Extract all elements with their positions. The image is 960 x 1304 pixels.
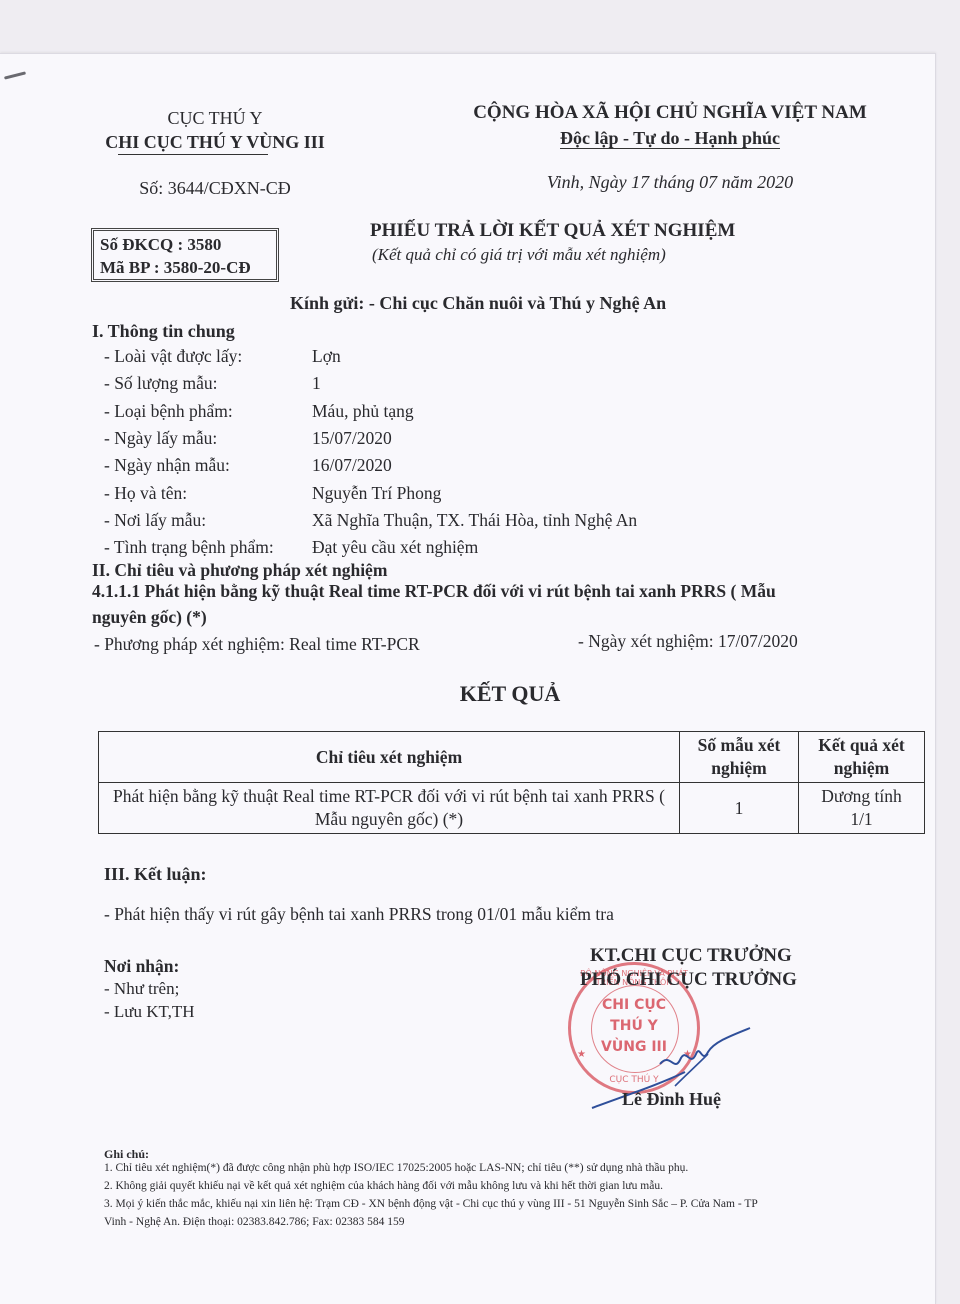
info-value: Lợn — [312, 346, 341, 366]
info-label: - Loại bệnh phẩm: — [104, 401, 312, 422]
cell-result: Dương tính 1/1 — [799, 783, 925, 834]
info-row: - Họ và tên:Nguyễn Trí Phong — [104, 483, 441, 504]
info-row: - Loài vật được lấy:Lợn — [104, 346, 341, 367]
info-value: 15/07/2020 — [312, 428, 392, 448]
results-header-row: Chỉ tiêu xét nghiệm Số mẫu xét nghiệm Kế… — [99, 732, 925, 783]
results-table: Chỉ tiêu xét nghiệm Số mẫu xét nghiệm Kế… — [98, 731, 925, 834]
info-row: - Tình trạng bệnh phẩm:Đạt yêu cầu xét n… — [104, 537, 478, 558]
document-number: Số: 3644/CĐXN-CĐ — [85, 178, 345, 199]
info-label: - Loài vật được lấy: — [104, 346, 312, 367]
country-name: CỘNG HÒA XÃ HỘI CHỦ NGHĨA VIỆT NAM — [450, 102, 890, 124]
results-heading: KẾT QUẢ — [410, 681, 610, 707]
info-value: Máu, phủ tạng — [312, 401, 414, 421]
col-indicator: Chỉ tiêu xét nghiệm — [99, 732, 680, 783]
info-row: - Số lượng mẫu:1 — [104, 373, 321, 394]
motto-text: Độc lập - Tự do - Hạnh phúc — [560, 128, 780, 149]
signatory-title-1: KT.CHI CỤC TRƯỞNG — [590, 945, 792, 967]
note-item: 1. Chỉ tiêu xét nghiệm(*) đã được công n… — [104, 1160, 688, 1176]
info-label: - Họ và tên: — [104, 483, 312, 504]
info-row: - Loại bệnh phẩm:Máu, phủ tạng — [104, 401, 414, 422]
info-row: - Nơi lấy mẫu:Xã Nghĩa Thuận, TX. Thái H… — [104, 510, 637, 531]
col-sample-count-label: Số mẫu xét nghiệm — [698, 735, 781, 778]
sub-agency-underline — [118, 154, 268, 155]
recipient-line: Kính gửi: - Chi cục Chăn nuôi và Thú y N… — [290, 293, 666, 314]
national-motto: Độc lập - Tự do - Hạnh phúc — [450, 128, 890, 149]
recipient-item: - Lưu KT,TH — [104, 1002, 195, 1022]
section3-heading: III. Kết luận: — [104, 864, 207, 885]
test-indicator-line2: nguyên gốc) (*) — [92, 607, 207, 628]
recipient-item: - Như trên; — [104, 979, 179, 999]
col-result-label: Kết quả xét nghiệm — [818, 735, 905, 778]
info-row: - Ngày nhận mẫu:16/07/2020 — [104, 455, 392, 476]
dkcq-number: Số ĐKCQ : 3580 — [100, 233, 270, 256]
cell-indicator: Phát hiện bằng kỹ thuật Real time RT-PCR… — [99, 783, 680, 834]
reference-box: Số ĐKCQ : 3580 Mã BP : 3580-20-CĐ — [91, 228, 279, 282]
note-item: 2. Không giải quyết khiếu nại về kết quả… — [104, 1178, 663, 1194]
info-value: Nguyễn Trí Phong — [312, 483, 441, 503]
section1-heading: I. Thông tin chung — [92, 321, 235, 342]
note-item: Vinh - Nghệ An. Điện thoại: 02383.842.78… — [104, 1214, 405, 1230]
note-item: 3. Mọi ý kiến thắc mắc, khiếu nại xin li… — [104, 1196, 758, 1212]
place-and-date: Vinh, Ngày 17 tháng 07 năm 2020 — [450, 172, 890, 193]
agency-name: CỤC THÚ Y — [85, 108, 345, 129]
info-label: - Nơi lấy mẫu: — [104, 510, 312, 531]
info-row: - Ngày lấy mẫu:15/07/2020 — [104, 428, 392, 449]
pen-mark — [4, 71, 26, 79]
info-value: 16/07/2020 — [312, 455, 392, 475]
info-label: - Tình trạng bệnh phẩm: — [104, 537, 312, 558]
info-value: Xã Nghĩa Thuận, TX. Thái Hòa, tỉnh Nghệ … — [312, 510, 637, 530]
table-row: Phát hiện bằng kỹ thuật Real time RT-PCR… — [99, 783, 925, 834]
bp-code: Mã BP : 3580-20-CĐ — [100, 256, 270, 279]
test-method: - Phương pháp xét nghiệm: Real time RT-P… — [94, 634, 420, 655]
info-label: - Ngày nhận mẫu: — [104, 455, 312, 476]
cell-sample-count: 1 — [680, 783, 799, 834]
sub-agency-name: CHI CỤC THÚ Y VÙNG III — [85, 132, 345, 153]
signatory-title-2: PHÓ CHI CỤC TRƯỞNG — [580, 969, 797, 991]
result-ratio: 1/1 — [803, 808, 920, 831]
info-value: Đạt yêu cầu xét nghiệm — [312, 537, 478, 557]
conclusion-text: - Phát hiện thấy vi rút gây bệnh tai xan… — [104, 904, 614, 925]
document-title: PHIẾU TRẢ LỜI KẾT QUẢ XÉT NGHIỆM — [370, 220, 735, 242]
document-subtitle: (Kết quả chỉ có giá trị với mẫu xét nghi… — [372, 245, 666, 265]
stamp-line: CHI CỤC — [571, 995, 697, 1016]
section2-heading: II. Chỉ tiêu và phương pháp xét nghiệm — [92, 560, 387, 581]
info-label: - Số lượng mẫu: — [104, 373, 312, 394]
col-result: Kết quả xét nghiệm — [799, 732, 925, 783]
info-label: - Ngày lấy mẫu: — [104, 428, 312, 449]
result-label: Dương tính — [803, 785, 920, 808]
recipients-heading: Nơi nhận: — [104, 956, 179, 977]
col-sample-count: Số mẫu xét nghiệm — [680, 732, 799, 783]
document-page: CỤC THÚ Y CHI CỤC THÚ Y VÙNG III Số: 364… — [0, 53, 936, 1304]
info-value: 1 — [312, 373, 321, 393]
test-date: - Ngày xét nghiệm: 17/07/2020 — [578, 631, 798, 652]
test-indicator-line1: 4.1.1.1 Phát hiện bằng kỹ thuật Real tim… — [92, 581, 776, 602]
signatory-name: Lê Đình Huệ — [622, 1089, 721, 1110]
star-icon: ★ — [577, 1049, 586, 1060]
